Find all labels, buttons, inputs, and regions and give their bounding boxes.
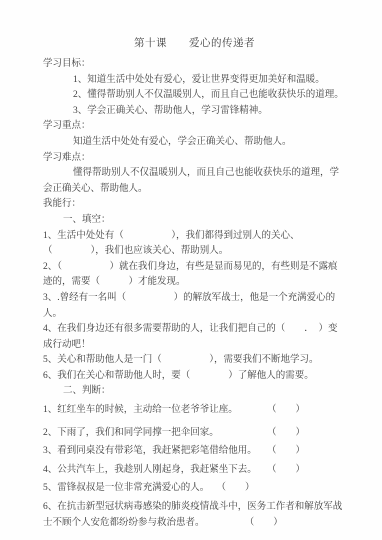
objectives-heading: 学习目标： (43, 57, 346, 73)
worksheet-page: 第十课 爱心的传递者 学习目标： 1、知道生活中处处有爱心，爱让世界变得更加美好… (0, 0, 382, 540)
key-points-text: 知道生活中处处有爱心，学会正确关心、帮助他人。 (43, 135, 346, 151)
judge-item-5-answer-bracket: （ ） (221, 483, 254, 493)
judge-item-4-text: 4、公共汽车上，我趁别人刚起身，我赶紧坐下去。 (43, 463, 257, 479)
judge-item-4-answer-bracket: （ ） (267, 463, 305, 479)
objective-item-1: 1、知道生活中处处有爱心，爱让世界变得更加美好和温暖。 (43, 73, 346, 89)
judge-item-4: 4、公共汽车上，我趁别人刚起身，我赶紧坐下去。 （ ） (43, 463, 346, 479)
judge-item-2-text: 2、下雨了，我们和同学同撑一把伞回家。 (43, 426, 219, 442)
judge-item-5-text: 5、雷锋叔叔是一位非常充满爱心的人。 (43, 483, 209, 493)
fill-item-6: 6、我们在关心和帮助他人时，要（ ）了解他人的需要。 (43, 369, 346, 385)
judge-item-6-answer-bracket: （ ） (250, 518, 283, 528)
fill-item-1: 1、生活中处处有（ ），我们都得到过别人的关心、（ ），我们也应该关心、帮助别人… (43, 229, 346, 260)
fill-item-4: 4、在我们身边还有很多需要帮助的人，让我们把自己的（ ． ）变成行动吧！ (43, 322, 346, 353)
judge-item-6: 6、在抗击新型冠状病毒感染的肺炎疫情战斗中，医务工作者和解放军战士不顾个人安危都… (43, 500, 346, 531)
judge-item-3-answer-bracket: （ ） (267, 444, 305, 460)
page-title: 第十课 爱心的传递者 (43, 36, 346, 52)
difficulties-heading: 学习难点： (43, 151, 346, 167)
objective-item-2: 2、懂得帮助别人不仅温暖别人，而且自己也能收获快乐的道理。 (43, 88, 346, 104)
judge-heading: 二、判断： (43, 384, 346, 400)
judge-item-5: 5、雷锋叔叔是一位非常充满爱心的人。（ ） (43, 481, 346, 497)
fill-heading: 一、填空： (43, 213, 346, 229)
fill-item-2: 2、（ ）就在我们身边，有些是显而易见的，有些则是不露痕迹的，需要（ ）才能发现… (43, 260, 346, 291)
difficulties-text: 懂得帮助别人不仅温暖别人，而且自己也能收获快乐的道理，学会正确关心、帮助他人。 (43, 166, 346, 197)
judge-item-2-answer-bracket: （ ） (267, 426, 305, 442)
objective-item-3: 3、学会正确关心、帮助他人，学习雷锋精神。 (43, 104, 346, 120)
fill-item-5: 5、关心和帮助他人是一门（ ），需要我们不断地学习。 (43, 353, 346, 369)
judge-item-6-text: 6、在抗击新型冠状病毒感染的肺炎疫情战斗中，医务工作者和解放军战士不顾个人安危都… (43, 502, 342, 528)
judge-item-2: 2、下雨了，我们和同学同撑一把伞回家。 （ ） (43, 426, 346, 442)
i-can-heading: 我能行： (43, 197, 346, 213)
judge-item-1-text: 1、红红坐车的时候，主动给一位老爷爷让座。 (43, 403, 238, 419)
key-points-heading: 学习重点： (43, 119, 346, 135)
judge-item-3-text: 3、看到同桌没有带彩笔，我赶紧把彩笔借给他用。 (43, 444, 257, 460)
judge-item-3: 3、看到同桌没有带彩笔，我赶紧把彩笔借给他用。 （ ） (43, 444, 346, 460)
judge-item-1: 1、红红坐车的时候，主动给一位老爷爷让座。 （ ） (43, 403, 346, 419)
judge-item-1-answer-bracket: （ ） (267, 403, 305, 419)
fill-item-3: 3、.曾经有一名叫（ ）的解放军战士，他是一个充满爱心的人。 (43, 291, 346, 322)
